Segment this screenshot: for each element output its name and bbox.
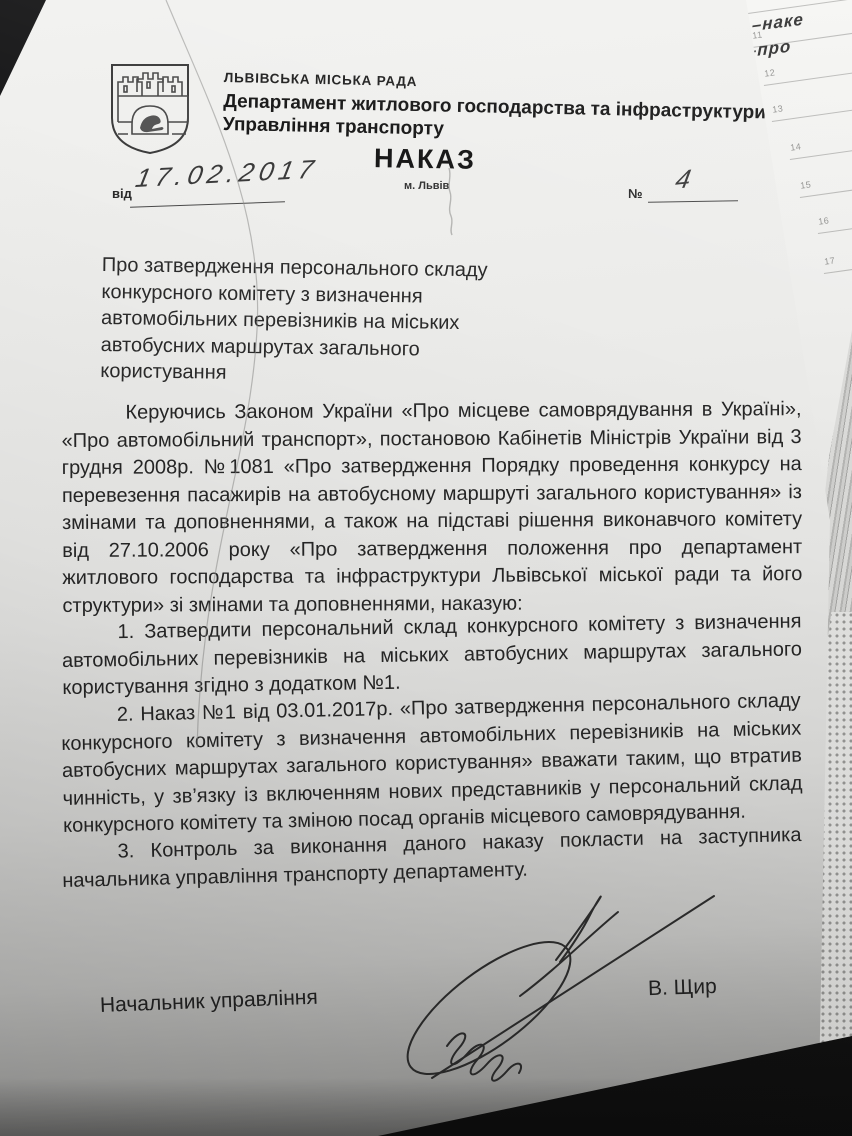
handwritten-date: 17.02.2017 [133, 154, 321, 194]
document-subject: Про затвердження персонального складу ко… [100, 252, 534, 391]
order-item-2: 2. Наказ №1 від 03.01.2017р. «Про затвер… [61, 687, 804, 840]
signatory-position: Начальник управління [100, 986, 319, 1018]
notebook-ruled-line: 17 [822, 240, 852, 274]
document-sheet: ЛЬВІВСЬКА МІСЬКА РАДА Департамент житлов… [0, 0, 852, 1136]
document-body: Керуючись Законом України «Про місцеве с… [62, 400, 802, 895]
notebook-ruled-line: 16 [816, 200, 852, 234]
notebook-ruled-line: 13 [770, 88, 852, 122]
letterhead: ЛЬВІВСЬКА МІСЬКА РАДА Департамент житлов… [223, 70, 824, 149]
document-title: НАКАЗ [300, 142, 551, 177]
date-label: від [112, 186, 132, 201]
notebook-line-number: 15 [800, 179, 812, 190]
notebook-ruled-line: 14 [788, 126, 852, 160]
lviv-coat-of-arms-icon [106, 62, 194, 156]
notebook-line-number: 13 [772, 103, 784, 114]
preamble-paragraph: Керуючись Законом України «Про місцеве с… [61, 396, 802, 620]
notebook-line-number: 17 [824, 255, 836, 266]
photo-of-document: 11 12 13 14 15 16 17 –наке –про [0, 0, 852, 1136]
lion-figure [140, 115, 164, 132]
handwritten-number: 4 [673, 163, 693, 195]
number-label: № [628, 186, 643, 201]
notebook-line-number: 14 [790, 141, 802, 152]
place-of-issue: м. Львів [404, 180, 449, 192]
notebook-line-number: 12 [764, 67, 776, 78]
number-underline [648, 200, 738, 203]
date-underline [130, 201, 285, 207]
notebook-ruled-line: 15 [798, 164, 852, 198]
notebook-line-number: 16 [818, 215, 830, 226]
order-item-1: 1. Затвердити персональний склад конкурс… [61, 608, 802, 702]
signatory-name: В. Щир [648, 975, 718, 1001]
illegible-pencil-mark [449, 168, 452, 235]
